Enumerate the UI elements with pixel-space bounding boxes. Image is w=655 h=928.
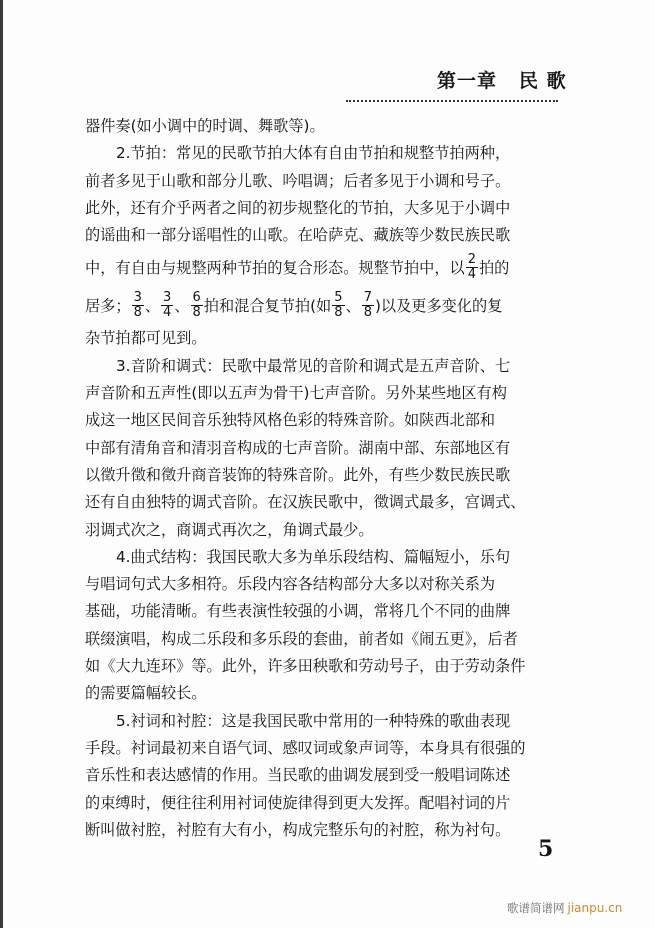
text-line: 杂节拍都可见到。 — [85, 325, 585, 352]
text-line: 成这一地区民间音乐独特风格色彩的特殊音阶。如陕西北部和 — [85, 407, 585, 434]
text-line: 前者多见于山歌和部分儿歌、吟唱调；后者多见于小调和号子。 — [85, 168, 585, 195]
text-line: 如《大九连环》等。此外，许多田秧歌和劳动号子，由于劳动条件 — [85, 653, 585, 680]
fraction-3-4: 34 — [161, 291, 173, 320]
text-line: 声音阶和五声性(即以五声为骨干)七声音阶。另外某些地区有构 — [85, 380, 585, 407]
watermark: 歌谱简谱网jianpu.cn — [507, 900, 622, 916]
chapter-number: 第一章 — [437, 70, 497, 92]
text-line: 的需要篇幅较长。 — [85, 680, 585, 707]
paragraph-start-rhythm: 2.节拍：常见的民歌节拍大体有自由节拍和规整节拍两种， — [85, 140, 585, 167]
paragraph-start-filler-words: 5.衬词和衬腔：这是我国民歌中常用的一种特殊的歌曲表现 — [85, 708, 585, 735]
text-line: 以徵升徵和徵升商音装饰的特殊音阶。此外，有些少数民族民歌 — [85, 462, 585, 489]
paragraph-start-form: 4.曲式结构：我国民歌大多为单乐段结构、篇幅短小，乐句 — [85, 544, 585, 571]
text-line: 音乐性和表达感情的作用。当民歌的曲调发展到受一般唱词陈述 — [85, 762, 585, 789]
fraction-3-8: 38 — [132, 291, 144, 320]
watermark-site: jianpu.cn — [568, 901, 623, 915]
text-line: 联缀演唱，构成二乐段和多乐段的套曲，前者如《闹五更》，后者 — [85, 626, 585, 653]
text-line: 器件奏(如小调中的时调、舞歌等)。 — [85, 113, 585, 140]
body-text: 器件奏(如小调中的时调、舞歌等)。 2.节拍：常见的民歌节拍大体有自由节拍和规整… — [85, 113, 585, 844]
text-line-with-fractions: 居多；38、34、68拍和混合复节拍(如58、78)以及更多变化的复 — [85, 287, 585, 325]
text-line: 与唱词句式大多相符。乐段内容各结构部分大多以对称关系为 — [85, 571, 585, 598]
fraction-6-8: 68 — [191, 291, 203, 320]
text-line: 基础，功能清晰。有些表演性较强的小调，常将几个不同的曲牌 — [85, 598, 585, 625]
text-line-with-fraction: 中，有自由与规整两种节拍的复合形态。规整节拍中，以24拍的 — [85, 249, 585, 287]
scan-edge-border — [0, 0, 3, 928]
text-line: 中部有清角音和清羽音构成的七声音阶。湖南中部、东部地区有 — [85, 435, 585, 462]
text-line: 此外，还有介乎两者之间的初步规整化的节拍，大多见于小调中 — [85, 195, 585, 222]
watermark-text: 歌谱简谱网 — [507, 901, 565, 915]
fraction-7-8: 78 — [362, 291, 374, 320]
text-line: 羽调式次之，商调式再次之，角调式最少。 — [85, 517, 585, 544]
page-number: 5 — [538, 836, 553, 862]
running-header: 第一章民 歌 — [437, 66, 567, 93]
paragraph-start-scales: 3.音阶和调式：民歌中最常见的音阶和调式是五声音阶、七 — [85, 353, 585, 380]
text-line: 还有自由独特的调式音阶。在汉族民歌中，徵调式最多，宫调式、 — [85, 489, 585, 516]
text-line: 的谣曲和一部分谣唱性的山歌。在哈萨克、藏族等少数民族民歌 — [85, 222, 585, 249]
chapter-title: 民 歌 — [519, 70, 567, 92]
fraction-5-8: 58 — [332, 291, 344, 320]
fraction-2-4: 24 — [466, 253, 478, 282]
text-line: 的束缚时，便往往利用衬词使旋律得到更大发挥。配唱衬词的片 — [85, 790, 585, 817]
header-dotted-rule — [346, 100, 558, 102]
text-line: 手段。衬词最初来自语气词、感叹词或象声词等，本身具有很强的 — [85, 735, 585, 762]
text-line: 断叫做衬腔，衬腔有大有小，构成完整乐句的衬腔，称为衬句。 — [85, 817, 585, 844]
